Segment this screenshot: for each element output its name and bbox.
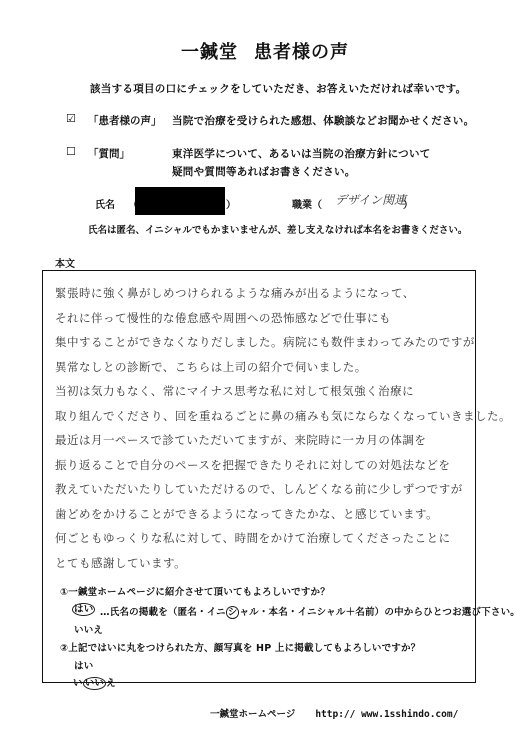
- q1-answer-yes[interactable]: はい: [72, 603, 95, 616]
- q2-no-circled: いい: [83, 677, 106, 690]
- q2-answer-yes[interactable]: はい: [74, 658, 93, 672]
- testimonial-text[interactable]: 緊張時に強く鼻がしめつけられるような痛みが出るようになって、 それに伴って慢性的…: [55, 281, 511, 575]
- q2-answer-no[interactable]: いいいえ: [73, 675, 116, 690]
- form-title: 患者様の声: [254, 42, 349, 63]
- q1-answer-no[interactable]: いいえ: [74, 622, 103, 636]
- body-box: 緊張時に強く鼻がしめつけられるような痛みが出るようになって、 それに伴って慢性的…: [42, 270, 476, 683]
- q1-detail-suffix: ャル・本名・イニシャル＋名前）の中からひとつお選び下さい。: [239, 607, 520, 618]
- testimonial-line: とても感謝しています。: [55, 551, 511, 576]
- name-label: 氏名: [95, 196, 115, 211]
- page-title: 一鍼堂患者様の声: [0, 38, 530, 64]
- option-desc-patient-voice: 当院で治療を受けられた感想、体験談などお聞かせください。: [172, 113, 474, 128]
- footer-url-link[interactable]: http:// www.1sshindo.com/: [315, 709, 458, 720]
- q1-name-display-choice[interactable]: …氏名の掲載を（匿名・イニシャル・本名・イニシャル＋名前）の中からひとつお選び下…: [100, 604, 520, 619]
- name-close-paren: ）: [226, 196, 236, 211]
- option-label-patient-voice: 「患者様の声」: [88, 113, 162, 128]
- body-label: 本文: [55, 255, 75, 270]
- instruction-text: 該当する項目の口にチェックをしていただき、お答えいただければ幸いです。: [90, 81, 466, 96]
- name-field-redacted[interactable]: [135, 187, 225, 215]
- testimonial-line: それに伴って慢性的な倦怠感や周囲への恐怖感などで仕事にも: [55, 306, 511, 331]
- checkbox-patient-voice[interactable]: ☑: [66, 112, 76, 125]
- clinic-name: 一鍼堂: [181, 42, 238, 63]
- testimonial-line: 何ごともゆっくりな私に対して、時間をかけて治療してくださったことに: [55, 526, 511, 551]
- q1-initial-circled: シ: [226, 606, 240, 619]
- q1-yes-circled: はい: [72, 603, 95, 616]
- testimonial-line: 最近は月一ペースで診ていただいてますが、来院時に一カ月の体調を: [55, 428, 511, 453]
- name-note: 氏名は匿名、イニシャルでもかまいませんが、差し支えなければ本名をお書きください。: [88, 222, 467, 236]
- occupation-field[interactable]: デザイン関連: [335, 191, 406, 208]
- testimonial-line: 歯どめをかけることができるようになってきたかな、と感じています。: [55, 502, 511, 527]
- occupation-label: 職業（: [292, 196, 322, 211]
- testimonial-line: 取り組んでくださり、回を重ねるごとに鼻の痛みも気にならなくなっていきました。: [55, 404, 511, 429]
- q2-no-pre: い: [73, 678, 83, 689]
- testimonial-line: 当初は気力もなく、常にマイナス思考な私に対して根気強く治療に: [55, 379, 511, 404]
- option-desc-question-line1: 東洋医学について、あるいは当院の治療方針について: [172, 146, 431, 161]
- checkbox-question[interactable]: ☐: [66, 145, 76, 158]
- occupation-close-paren: ）: [403, 196, 413, 211]
- testimonial-line: 異常なしとの診断で、こちらは上司の紹介で伺いました。: [55, 355, 511, 380]
- footer-label: 一鍼堂ホームページ: [210, 709, 295, 720]
- q2-no-post: え: [106, 678, 116, 689]
- option-label-question: 「質問」: [88, 146, 130, 161]
- testimonial-line: 教えていただいたりしていただけるので、しんどくなる前に少しずつですが: [55, 477, 511, 502]
- testimonial-line: 緊張時に強く鼻がしめつけられるような痛みが出るようになって、: [55, 281, 511, 306]
- question-2: ②上記ではいに丸をつけられた方、顔写真を HP 上に掲載してもよろしいですか？: [60, 640, 420, 654]
- testimonial-line: 集中することができなくなりだしました。病院にも数件まわってみたのですが: [55, 330, 511, 355]
- testimonial-line: 振り返ることで自分のペースを把握できたりそれに対しての対処法などを: [55, 453, 511, 478]
- option-desc-question-line2: 疑問や質問等あればお書きください。: [172, 164, 356, 179]
- question-1: ①一鍼堂ホームページに紹介させて頂いてもよろしいですか？: [60, 584, 330, 598]
- q1-detail-prefix: …氏名の掲載を（匿名・イニ: [100, 607, 226, 618]
- footer: 一鍼堂ホームページhttp:// www.1sshindo.com/: [210, 706, 458, 720]
